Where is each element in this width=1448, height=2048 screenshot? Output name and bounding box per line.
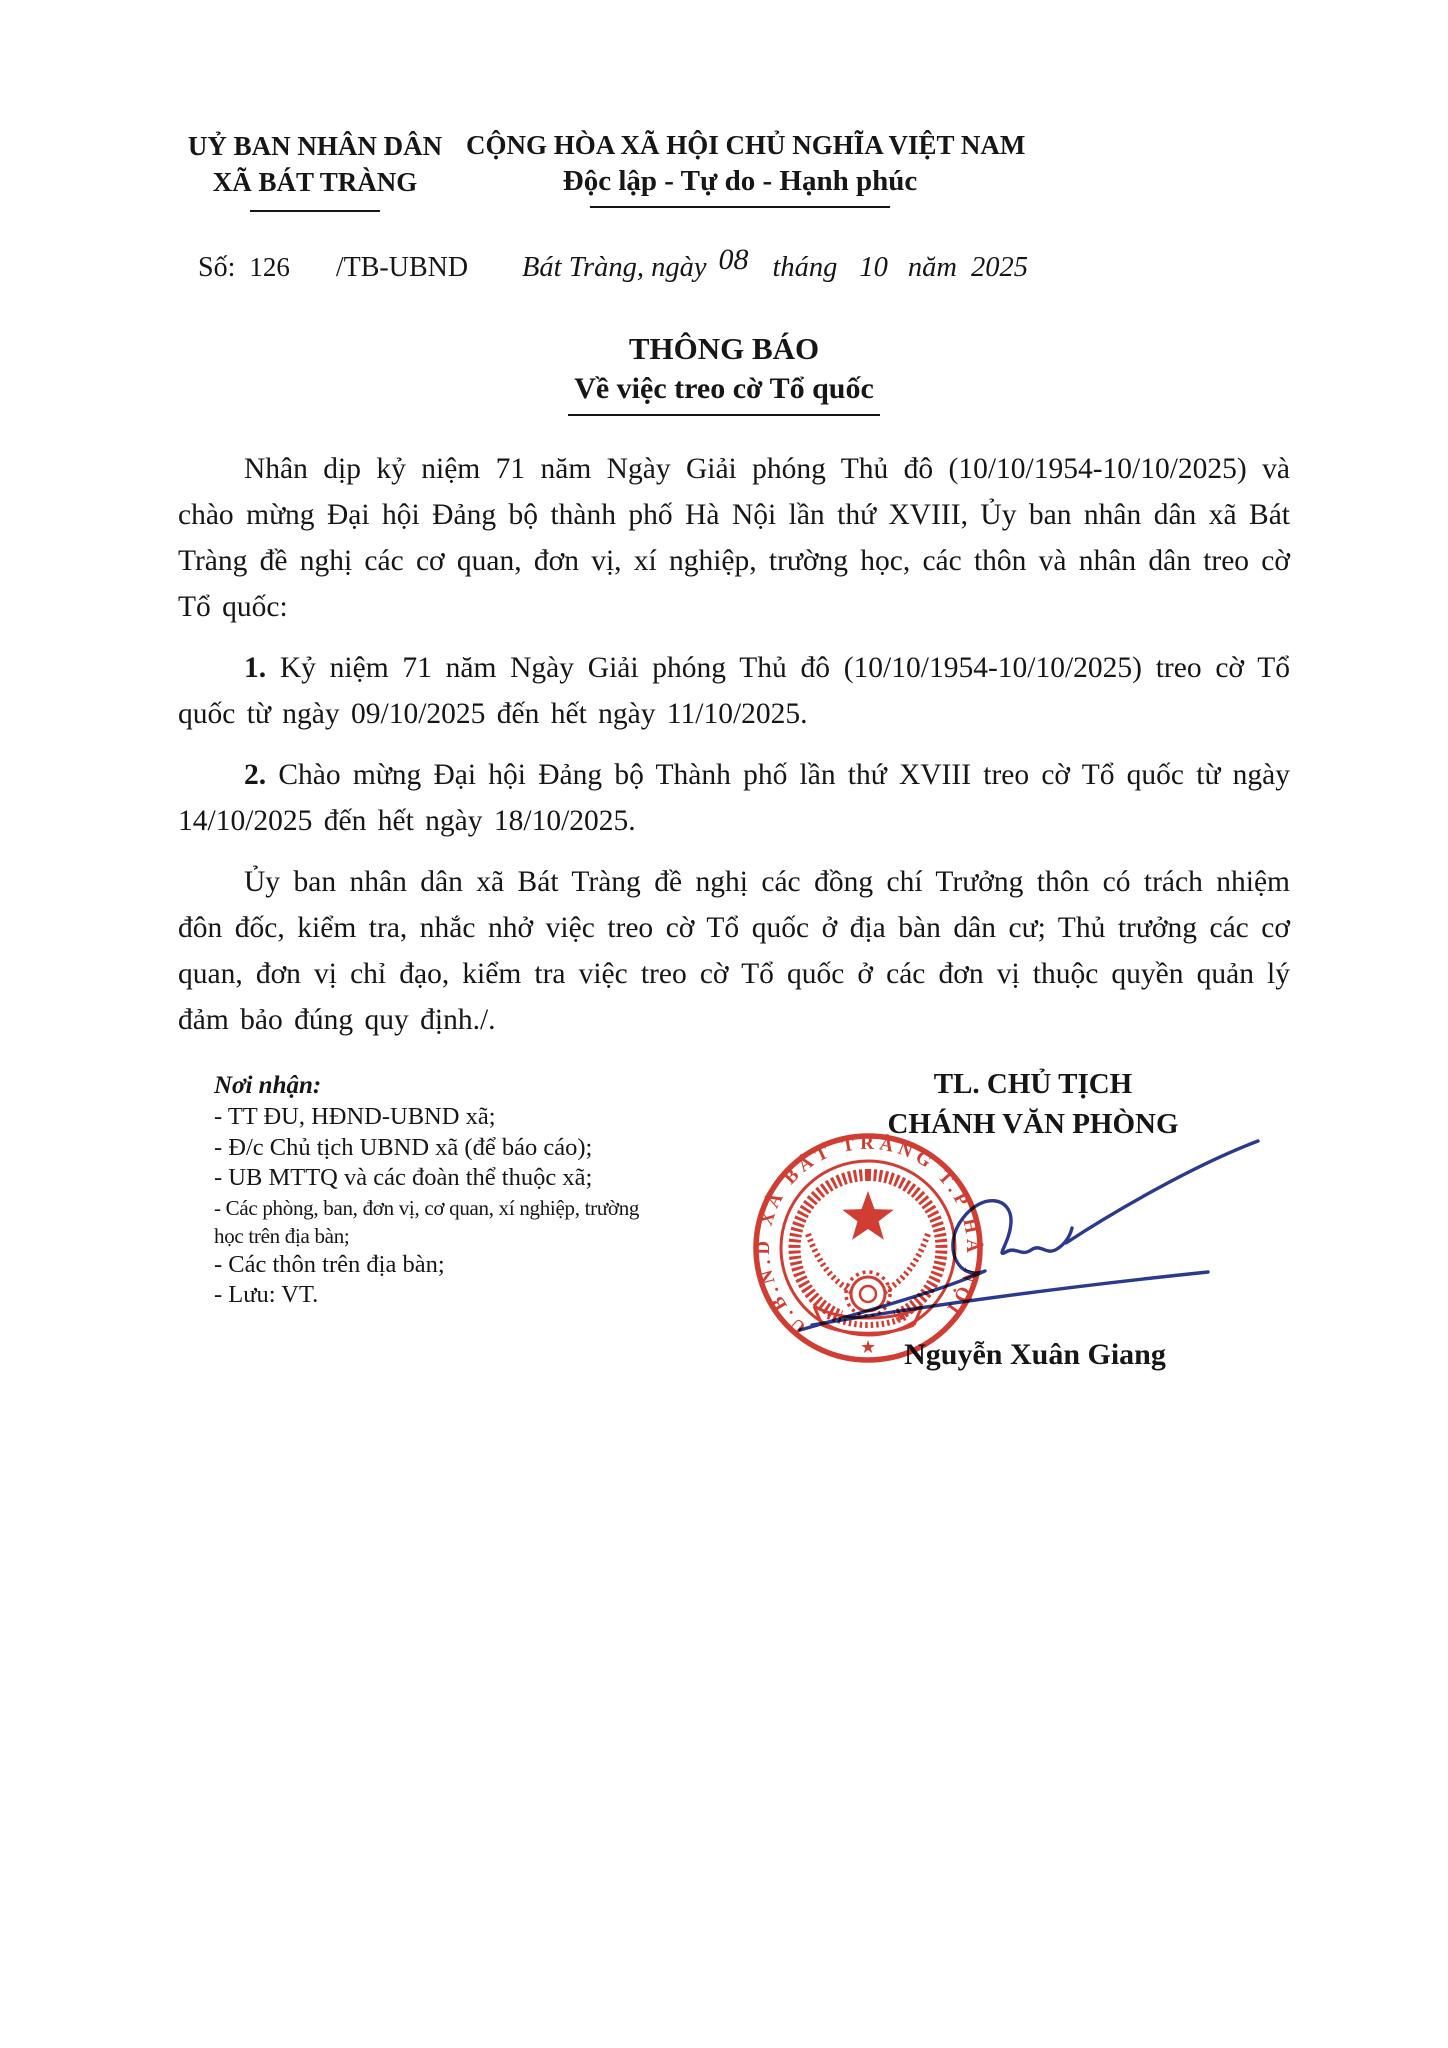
item-2-number: 2. — [244, 759, 266, 791]
recipient-item: - Các thôn trên địa bàn; — [214, 1250, 666, 1281]
signature-authority: TL. CHỦ TỊCH — [818, 1064, 1248, 1104]
date-year-label: năm — [908, 252, 957, 283]
motto-underline — [590, 206, 890, 208]
signature-stroke-sweep — [1066, 1141, 1258, 1243]
doc-title-block: THÔNG BÁO Về việc treo cờ Tổ quốc — [10, 330, 1438, 416]
document-body: Nhân dịp kỷ niệm 71 năm Ngày Giải phóng … — [178, 446, 1290, 1058]
org-name-line2: XÃ BÁT TRÀNG — [150, 164, 480, 200]
doc-subtitle: Về việc treo cờ Tổ quốc — [10, 370, 1438, 408]
date-month: 10 — [859, 252, 888, 283]
recipient-item: - Đ/c Chủ tịch UBND xã (để báo cáo); — [214, 1133, 666, 1164]
paragraph-intro: Nhân dịp kỷ niệm 71 năm Ngày Giải phóng … — [178, 446, 1290, 630]
recipient-item: - Lưu: VT. — [214, 1280, 666, 1311]
recipient-item: - Các phòng, ban, đơn vị, cơ quan, xí ng… — [214, 1194, 654, 1250]
recipient-item: - UB MTTQ và các đoàn thể thuộc xã; — [214, 1163, 666, 1194]
national-header-block: CỘNG HÒA XÃ HỘI CHỦ NGHĨA VIỆT NAM Độc l… — [466, 128, 1014, 208]
national-title: CỘNG HÒA XÃ HỘI CHỦ NGHĨA VIỆT NAM — [466, 128, 1014, 162]
signature-stroke-underline — [812, 1272, 1208, 1325]
org-name-line1: UỶ BAN NHÂN DÂN — [150, 128, 480, 164]
document-page: UỶ BAN NHÂN DÂN XÃ BÁT TRÀNG CỘNG HÒA XÃ… — [0, 0, 1448, 2048]
doc-number-suffix: /TB-UBND — [336, 252, 468, 283]
date-year: 2025 — [971, 252, 1028, 283]
recipients-label: Nơi nhận: — [214, 1070, 666, 1102]
national-motto: Độc lập - Tự do - Hạnh phúc — [466, 162, 1014, 200]
date-month-label: tháng — [772, 252, 837, 283]
recipients-block: Nơi nhận: - TT ĐU, HĐND-UBND xã; - Đ/c C… — [214, 1070, 666, 1311]
paragraph-closing: Ủy ban nhân dân xã Bát Tràng đề nghị các… — [178, 859, 1290, 1043]
subtitle-underline — [568, 414, 880, 416]
org-underline — [250, 210, 380, 212]
date-place-prefix: Bát Tràng, ngày — [522, 252, 706, 283]
doc-number-value: 126 — [249, 252, 290, 282]
paragraph-item-1: 1. Kỷ niệm 71 năm Ngày Giải phóng Thủ đô… — [178, 645, 1290, 737]
doc-number-label: Số: — [198, 252, 235, 283]
signature-ink — [700, 1118, 1280, 1368]
item-1-text: Kỷ niệm 71 năm Ngày Giải phóng Thủ đô (1… — [178, 652, 1290, 730]
doc-title: THÔNG BÁO — [10, 330, 1438, 368]
recipient-item: - TT ĐU, HĐND-UBND xã; — [214, 1102, 666, 1133]
doc-number-line: Số:126/TB-UBND — [198, 252, 468, 284]
issue-date-line: Bát Tràng, ngày08tháng10năm2025 — [522, 250, 1028, 284]
issuing-org-block: UỶ BAN NHÂN DÂN XÃ BÁT TRÀNG — [150, 128, 480, 212]
signature-stroke-loop — [800, 1201, 1072, 1330]
paragraph-item-2: 2. Chào mừng Đại hội Đảng bộ Thành phố l… — [178, 752, 1290, 844]
item-2-text: Chào mừng Đại hội Đảng bộ Thành phố lần … — [178, 759, 1290, 837]
date-day: 08 — [718, 243, 748, 277]
item-1-number: 1. — [244, 652, 266, 684]
